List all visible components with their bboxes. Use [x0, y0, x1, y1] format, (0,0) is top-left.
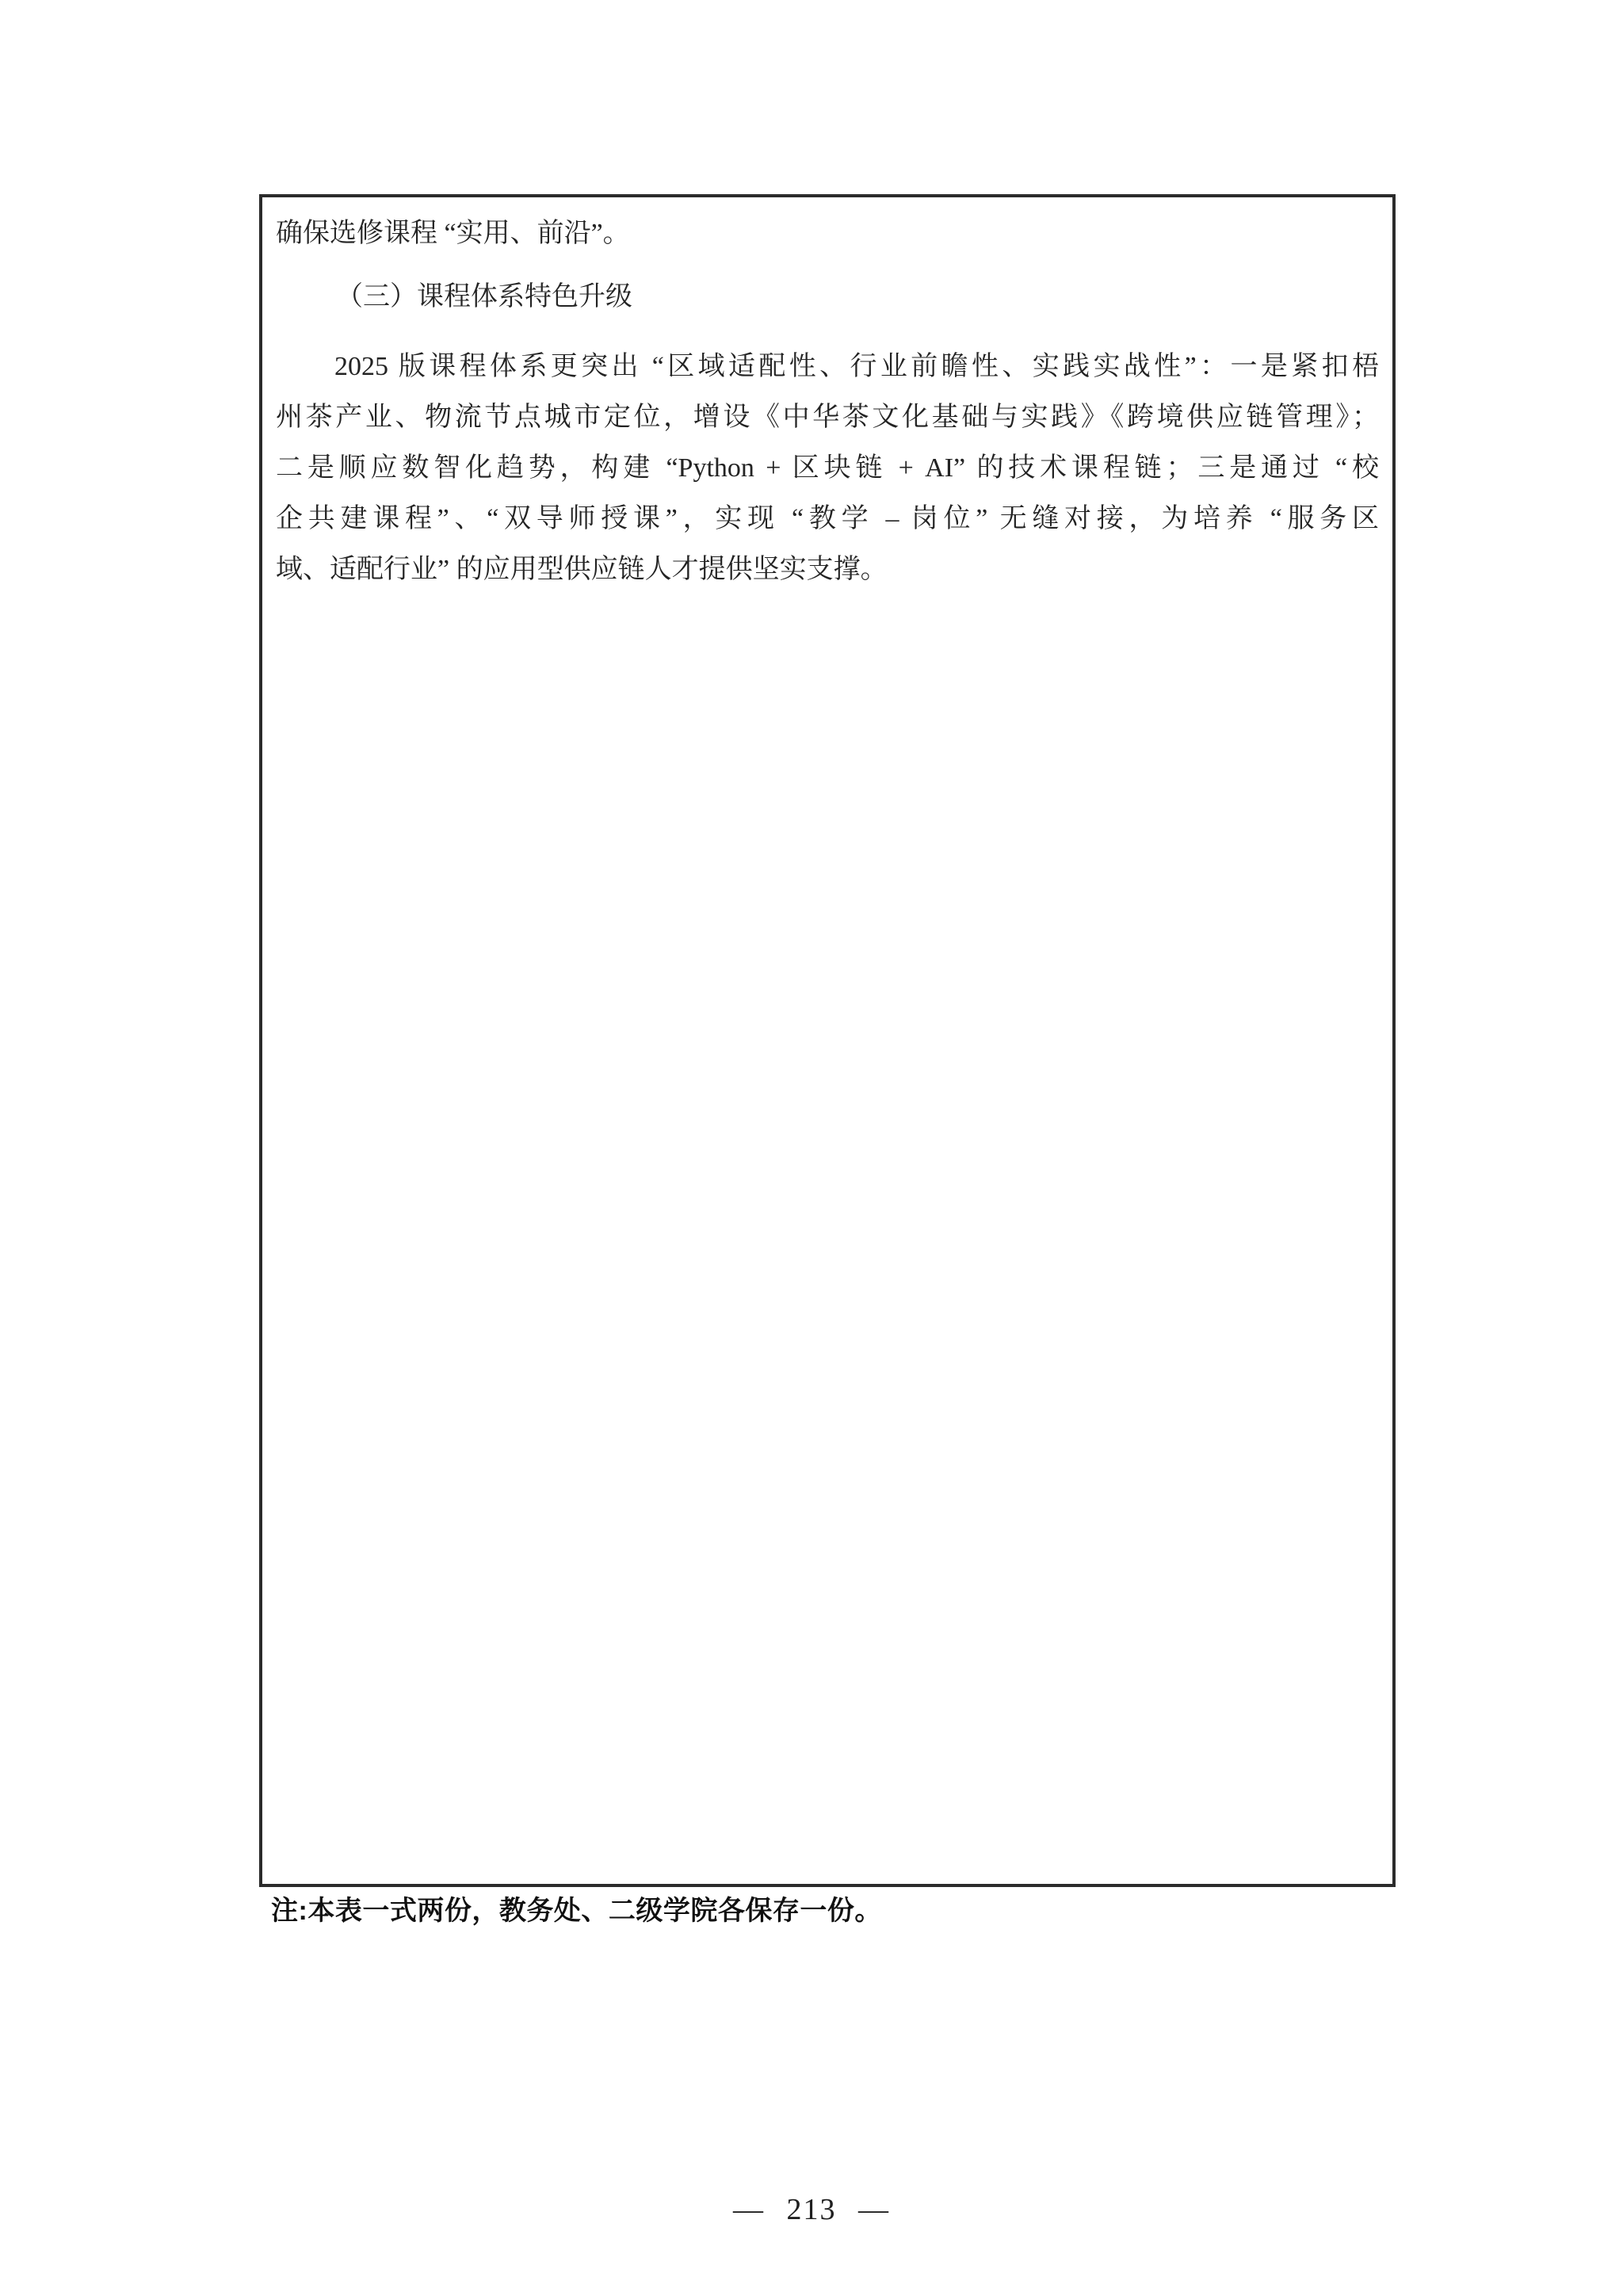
document-page: 确保选修课程 “实用、前沿”。 （三）课程体系特色升级 2025 版课程体系更突… [0, 0, 1623, 2296]
form-content-box: 确保选修课程 “实用、前沿”。 （三）课程体系特色升级 2025 版课程体系更突… [259, 194, 1396, 1887]
paragraph-line: 域、适配行业” 的应用型供应链人才提供坚实支撑。 [276, 544, 1379, 595]
section-heading: （三）课程体系特色升级 [276, 272, 1379, 323]
paragraph-continuation-line: 确保选修课程 “实用、前沿”。 [276, 208, 1379, 259]
body-paragraph: 2025 版课程体系更突出 “区域适配性、行业前瞻性、实践实战性”：一是紧扣梧州… [276, 342, 1379, 595]
footnote: 注:本表一式两份，教务处、二级学院各保存一份。 [271, 1895, 882, 1927]
paragraph-line: 州茶产业、物流节点城市定位，增设《中华茶文化基础与实践》《跨境供应链管理》； [276, 392, 1379, 443]
paragraph-line: 企共建课程”、“双导师授课”，实现 “教学 – 岗位” 无缝对接，为培养 “服务… [276, 494, 1379, 544]
paragraph-line: 2025 版课程体系更突出 “区域适配性、行业前瞻性、实践实战性”：一是紧扣梧 [276, 342, 1379, 392]
page-number: — 213 — [0, 2192, 1623, 2227]
paragraph-line: 二是顺应数智化趋势，构建 “Python + 区块链 + AI” 的技术课程链；… [276, 443, 1379, 494]
